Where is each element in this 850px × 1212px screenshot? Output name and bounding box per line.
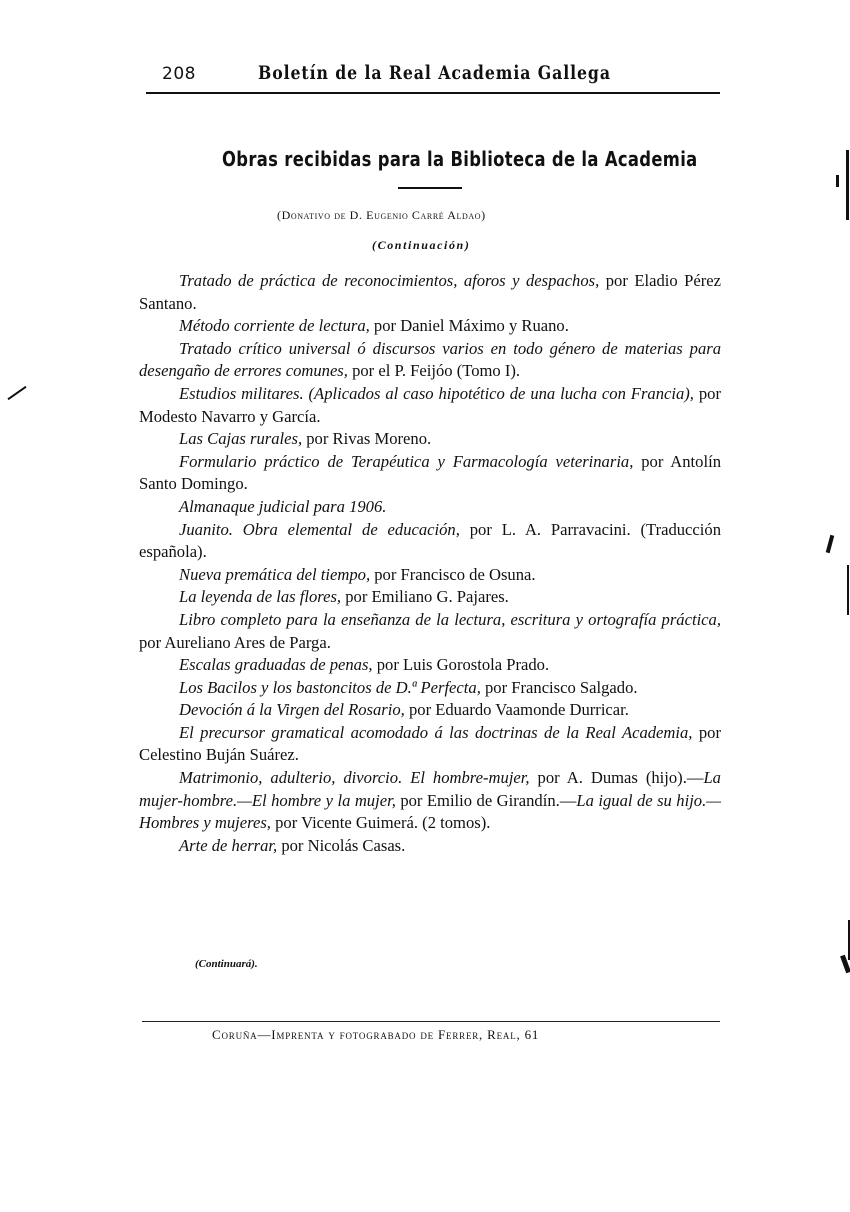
book-title: Arte de herrar, bbox=[179, 836, 277, 855]
book-author: por Eduardo Vaamonde Durricar. bbox=[405, 700, 629, 719]
running-head: 208 Boletín de la Real Academia Gallega bbox=[146, 62, 720, 90]
book-title: Almanaque judicial para 1906. bbox=[179, 497, 386, 516]
list-item: El precursor gramatical acomodado á las … bbox=[139, 722, 721, 767]
list-item: Formulario práctico de Terapéutica y Far… bbox=[139, 451, 721, 496]
book-author: por Emiliano G. Pajares. bbox=[341, 587, 509, 606]
book-author: por Luis Gorostola Prado. bbox=[373, 655, 550, 674]
continuation-note: (Continuación) bbox=[372, 238, 470, 253]
page-number: 208 bbox=[162, 64, 196, 84]
list-item: Tratado crítico universal ó discursos va… bbox=[139, 338, 721, 383]
book-title: La leyenda de las flores, bbox=[179, 587, 341, 606]
scan-mark bbox=[847, 565, 849, 615]
book-title: Método corriente de lectura, bbox=[179, 316, 370, 335]
book-title: Formulario práctico de Terapéutica y Far… bbox=[179, 452, 633, 471]
list-item: Estudios militares. (Aplicados al caso h… bbox=[139, 383, 721, 428]
book-title: Los Bacilos y los bastoncitos de D.ª Per… bbox=[179, 678, 481, 697]
list-item: Juanito. Obra elemental de educación, po… bbox=[139, 519, 721, 564]
list-item: Nueva premática del tiempo, por Francisc… bbox=[139, 564, 721, 587]
list-item: Matrimonio, adulterio, divorcio. El homb… bbox=[139, 767, 721, 835]
book-title: Matrimonio, adulterio, divorcio. El homb… bbox=[179, 768, 530, 787]
list-item: Método corriente de lectura, por Daniel … bbox=[139, 315, 721, 338]
list-item: Arte de herrar, por Nicolás Casas. bbox=[139, 835, 721, 858]
book-author: por Francisco de Osuna. bbox=[370, 565, 535, 584]
list-item: Los Bacilos y los bastoncitos de D.ª Per… bbox=[139, 677, 721, 700]
header-rule bbox=[146, 92, 720, 94]
book-author: por Nicolás Casas. bbox=[277, 836, 405, 855]
scan-mark bbox=[7, 386, 26, 400]
journal-title: Boletín de la Real Academia Gallega bbox=[258, 62, 611, 84]
book-title: Las Cajas rurales, bbox=[179, 429, 302, 448]
book-author: por el P. Feijóo (Tomo I). bbox=[348, 361, 520, 380]
scan-mark bbox=[836, 175, 839, 187]
book-author: por Vicente Guimerá. (2 tomos). bbox=[271, 813, 490, 832]
book-title: Estudios militares. (Aplicados al caso h… bbox=[179, 384, 694, 403]
book-title: Juanito. Obra elemental de educación, bbox=[179, 520, 460, 539]
list-item: Tratado de práctica de reconocimientos, … bbox=[139, 270, 721, 315]
book-author: por Emilio de Girandín.— bbox=[396, 791, 577, 810]
book-title: Devoción á la Virgen del Rosario, bbox=[179, 700, 405, 719]
book-title: El precursor gramatical acomodado á las … bbox=[179, 723, 692, 742]
book-title: Libro completo para la enseñanza de la l… bbox=[179, 610, 721, 629]
list-item: Devoción á la Virgen del Rosario, por Ed… bbox=[139, 699, 721, 722]
scan-mark bbox=[846, 150, 849, 220]
book-author: por Aureliano Ares de Parga. bbox=[139, 633, 331, 652]
book-author: por Daniel Máximo y Ruano. bbox=[370, 316, 569, 335]
book-title: Nueva premática del tiempo, bbox=[179, 565, 370, 584]
list-item: Almanaque judicial para 1906. bbox=[139, 496, 721, 519]
list-item: Las Cajas rurales, por Rivas Moreno. bbox=[139, 428, 721, 451]
book-author: por A. Dumas (hijo).— bbox=[530, 768, 704, 787]
scan-mark bbox=[826, 535, 835, 553]
footer-rule bbox=[142, 1021, 720, 1022]
book-author: por Rivas Moreno. bbox=[302, 429, 431, 448]
donor-line: (Donativo de D. Eugenio Carré Aldao) bbox=[277, 208, 486, 223]
book-title: Tratado de práctica de reconocimientos, … bbox=[179, 271, 599, 290]
continues-note: (Continuará). bbox=[195, 958, 258, 970]
book-author: por Francisco Salgado. bbox=[481, 678, 638, 697]
list-item: Libro completo para la enseñanza de la l… bbox=[139, 609, 721, 654]
book-title: Escalas graduadas de penas, bbox=[179, 655, 373, 674]
printer-imprint: Coruña—Imprenta y fotograbado de Ferrer,… bbox=[212, 1027, 539, 1043]
book-list: Tratado de práctica de reconocimientos, … bbox=[139, 270, 721, 857]
title-rule bbox=[398, 187, 462, 189]
section-title: Obras recibidas para la Biblioteca de la… bbox=[222, 147, 698, 171]
document-page: 208 Boletín de la Real Academia Gallega … bbox=[0, 0, 850, 1212]
list-item: Escalas graduadas de penas, por Luis Gor… bbox=[139, 654, 721, 677]
list-item: La leyenda de las flores, por Emiliano G… bbox=[139, 586, 721, 609]
